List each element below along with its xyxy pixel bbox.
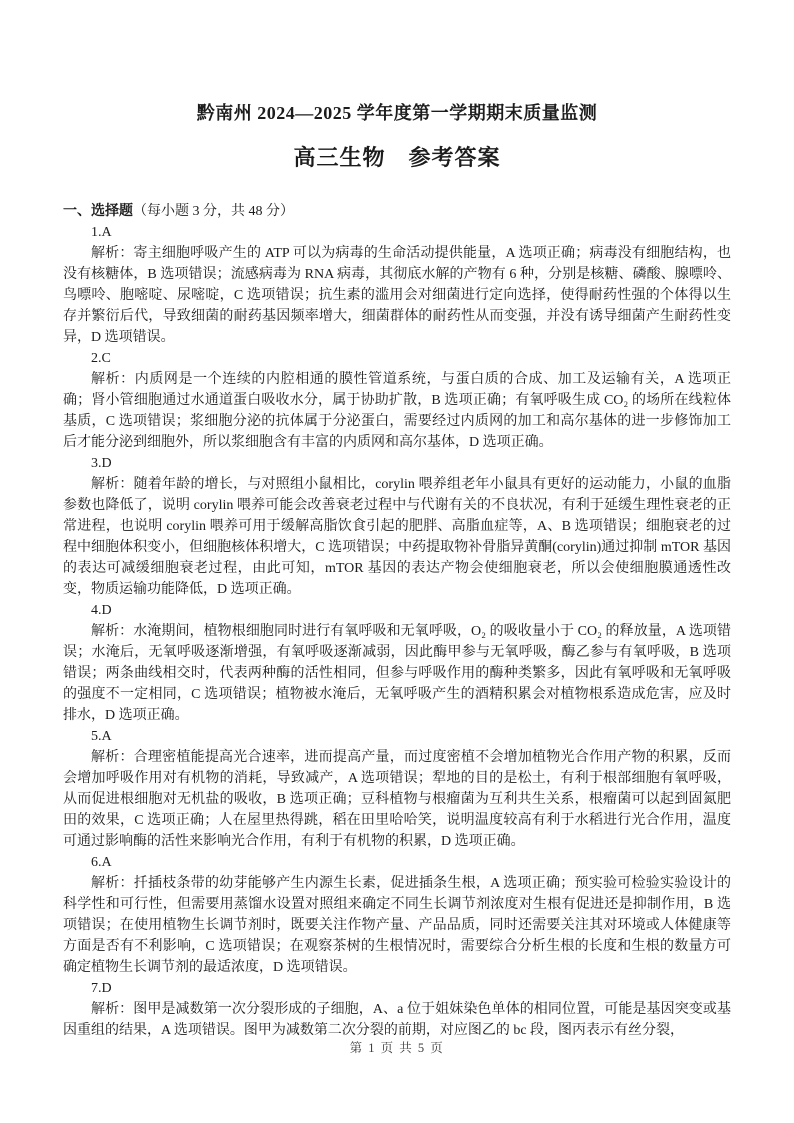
question-answer: 3.D xyxy=(63,453,731,474)
question-answer: 6.A xyxy=(63,852,731,873)
question-block: 7.D 解析：图甲是减数第一次分裂形成的子细胞，A、a 位于姐妹染色单体的相同位… xyxy=(63,978,731,1041)
section-heading: 一、选择题（每小题 3 分，共 48 分） xyxy=(63,201,731,222)
question-analysis: 解析：合理密植能提高光合速率，进而提高产量，而过度密植不会增加植物光合作用产物的… xyxy=(63,747,731,852)
question-analysis: 解析：随着年龄的增长，与对照组小鼠相比，corylin 喂养组老年小鼠具有更好的… xyxy=(63,474,731,600)
section-score-note: （每小题 3 分，共 48 分） xyxy=(133,204,294,219)
document-page: 黔南州 2024—2025 学年度第一学期期末质量监测 高三生物 参考答案 一、… xyxy=(0,0,794,1123)
question-block: 4.D 解析：水淹期间，植物根细胞同时进行有氧呼吸和无氧呼吸，O₂ 的吸收量小于… xyxy=(63,600,731,726)
exam-title: 黔南州 2024—2025 学年度第一学期期末质量监测 xyxy=(63,101,731,125)
question-block: 6.A 解析：扦插枝条带的幼芽能够产生内源生长素，促进插条生根，A 选项正确；预… xyxy=(63,852,731,978)
question-answer: 5.A xyxy=(63,726,731,747)
question-analysis: 解析：图甲是减数第一次分裂形成的子细胞，A、a 位于姐妹染色单体的相同位置，可能… xyxy=(63,999,731,1041)
question-block: 3.D 解析：随着年龄的增长，与对照组小鼠相比，corylin 喂养组老年小鼠具… xyxy=(63,453,731,600)
question-analysis: 解析：扦插枝条带的幼芽能够产生内源生长素，促进插条生根，A 选项正确；预实验可检… xyxy=(63,873,731,978)
question-block: 5.A 解析：合理密植能提高光合速率，进而提高产量，而过度密植不会增加植物光合作… xyxy=(63,726,731,852)
question-answer: 1.A xyxy=(63,222,731,243)
question-answer: 4.D xyxy=(63,600,731,621)
answers-list: 1.A 解析：寄主细胞呼吸产生的 ATP 可以为病毒的生命活动提供能量，A 选项… xyxy=(63,222,731,1041)
question-block: 1.A 解析：寄主细胞呼吸产生的 ATP 可以为病毒的生命活动提供能量，A 选项… xyxy=(63,222,731,348)
question-answer: 2.C xyxy=(63,348,731,369)
question-analysis: 解析：内质网是一个连续的内腔相通的膜性管道系统，与蛋白质的合成、加工及运输有关，… xyxy=(63,369,731,453)
section-label: 一、选择题 xyxy=(63,204,133,219)
question-analysis: 解析：水淹期间，植物根细胞同时进行有氧呼吸和无氧呼吸，O₂ 的吸收量小于 CO₂… xyxy=(63,621,731,726)
question-answer: 7.D xyxy=(63,978,731,999)
subject-title: 高三生物 参考答案 xyxy=(63,143,731,173)
page-number-footer: 第 1 页 共 5 页 xyxy=(0,1040,794,1056)
question-block: 2.C 解析：内质网是一个连续的内腔相通的膜性管道系统，与蛋白质的合成、加工及运… xyxy=(63,348,731,453)
question-analysis: 解析：寄主细胞呼吸产生的 ATP 可以为病毒的生命活动提供能量，A 选项正确；病… xyxy=(63,243,731,348)
